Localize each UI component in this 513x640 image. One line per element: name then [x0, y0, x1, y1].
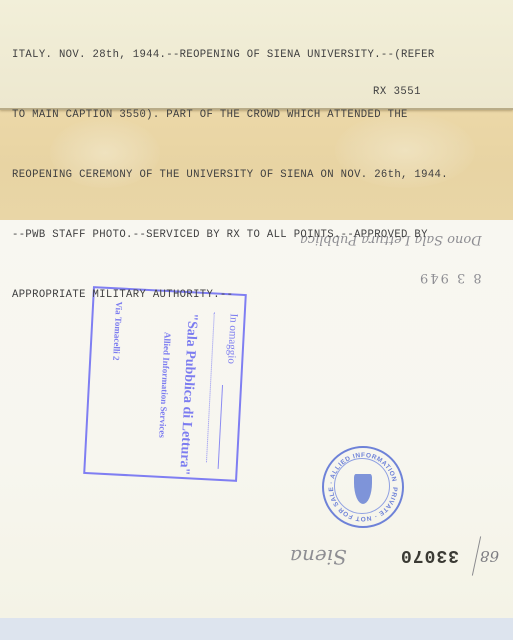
caption-line-4: --PWB STAFF PHOTO.--SERVICED BY RX TO AL…: [12, 225, 448, 245]
caption-text: ITALY. NOV. 28th, 1944.--REOPENING OF SI…: [12, 5, 448, 345]
caption-line-1: ITALY. NOV. 28th, 1944.--REOPENING OF SI…: [12, 45, 448, 65]
typed-caption-sheet: ITALY. NOV. 28th, 1944.--REOPENING OF SI…: [0, 0, 513, 110]
caption-code: RX 3551: [373, 86, 421, 98]
caption-line-3: REOPENING CEREMONY OF THE UNIVERSITY OF …: [12, 165, 448, 185]
caption-line-2: TO MAIN CAPTION 3550). PART OF THE CROWD…: [12, 105, 448, 125]
archive-number-prefix: 68: [480, 547, 499, 565]
round-stamp: PRIVATE · NOT FOR SALE · ALLIED INFORMAT…: [322, 446, 404, 528]
stamp-line-allied: Allied Information Services: [157, 332, 173, 438]
caption-line-5: APPROPRIATE MILITARY AUTHORITY.--: [12, 285, 448, 305]
handwritten-city: Siena: [290, 545, 347, 569]
archive-number: 33070: [400, 545, 459, 565]
stamp-blank-line: [218, 385, 223, 469]
